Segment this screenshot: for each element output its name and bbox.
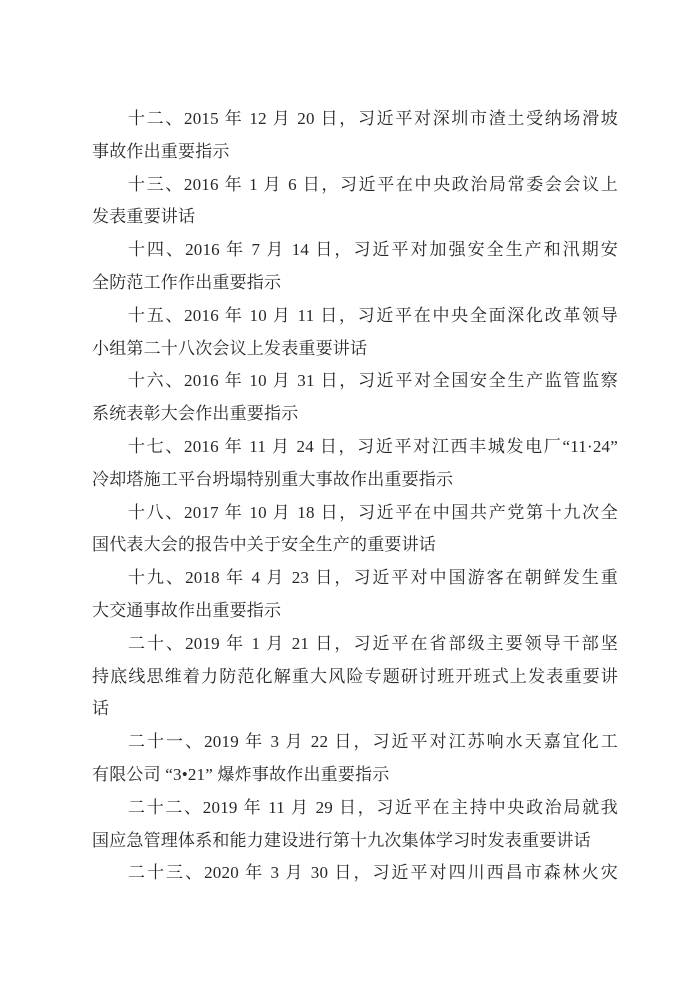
document-entry: 十八、2017 年 10 月 18 日，习近平在中国共产党第十九次全 国代表大会… [92, 497, 618, 563]
text-line: 十九、2018 年 4 月 23 日，习近平对中国游客在朝鲜发生重 [92, 562, 618, 595]
text-line: 发表重要讲话 [92, 201, 618, 234]
text-line: 有限公司 “3•21” 爆炸事故作出重要指示 [92, 759, 618, 792]
text-line: 冷却塔施工平台坍塌特别重大事故作出重要指示 [92, 464, 618, 497]
document-content: 十二、2015 年 12 月 20 日，习近平对深圳市渣土受纳场滑坡 事故作出重… [92, 103, 618, 890]
text-line: 话 [92, 693, 618, 726]
text-line: 十四、2016 年 7 月 14 日，习近平对加强安全生产和汛期安 [92, 234, 618, 267]
document-entry: 十三、2016 年 1 月 6 日，习近平在中央政治局常委会会议上 发表重要讲话 [92, 169, 618, 235]
text-line: 十五、2016 年 10 月 11 日，习近平在中央全面深化改革领导 [92, 300, 618, 333]
document-entry: 二十三、2020 年 3 月 30 日，习近平对四川西昌市森林火灾 [92, 857, 618, 890]
document-entry: 二十、2019 年 1 月 21 日，习近平在省部级主要领导干部坚 持底线思维着… [92, 628, 618, 726]
text-line: 二十二、2019 年 11 月 29 日，习近平在主持中央政治局就我 [92, 792, 618, 825]
text-line: 二十三、2020 年 3 月 30 日，习近平对四川西昌市森林火灾 [92, 857, 618, 890]
document-entry: 十五、2016 年 10 月 11 日，习近平在中央全面深化改革领导 小组第二十… [92, 300, 618, 366]
text-line: 全防范工作作出重要指示 [92, 267, 618, 300]
text-line: 二十、2019 年 1 月 21 日，习近平在省部级主要领导干部坚 [92, 628, 618, 661]
document-entry: 十九、2018 年 4 月 23 日，习近平对中国游客在朝鲜发生重 大交通事故作… [92, 562, 618, 628]
text-line: 大交通事故作出重要指示 [92, 595, 618, 628]
text-line: 十七、2016 年 11 月 24 日，习近平对江西丰城发电厂“11·24” [92, 431, 618, 464]
document-page: 十二、2015 年 12 月 20 日，习近平对深圳市渣土受纳场滑坡 事故作出重… [0, 0, 700, 989]
document-entry: 十六、2016 年 10 月 31 日，习近平对全国安全生产监管监察 系统表彰大… [92, 365, 618, 431]
text-line: 国代表大会的报告中关于安全生产的重要讲话 [92, 529, 618, 562]
document-entry: 十二、2015 年 12 月 20 日，习近平对深圳市渣土受纳场滑坡 事故作出重… [92, 103, 618, 169]
text-line: 十三、2016 年 1 月 6 日，习近平在中央政治局常委会会议上 [92, 169, 618, 202]
text-line: 小组第二十八次会议上发表重要讲话 [92, 333, 618, 366]
text-line: 十六、2016 年 10 月 31 日，习近平对全国安全生产监管监察 [92, 365, 618, 398]
text-line: 十八、2017 年 10 月 18 日，习近平在中国共产党第十九次全 [92, 497, 618, 530]
text-line: 十二、2015 年 12 月 20 日，习近平对深圳市渣土受纳场滑坡 [92, 103, 618, 136]
document-entry: 十四、2016 年 7 月 14 日，习近平对加强安全生产和汛期安 全防范工作作… [92, 234, 618, 300]
text-line: 系统表彰大会作出重要指示 [92, 398, 618, 431]
document-entry: 二十二、2019 年 11 月 29 日，习近平在主持中央政治局就我 国应急管理… [92, 792, 618, 858]
text-line: 国应急管理体系和能力建设进行第十九次集体学习时发表重要讲话 [92, 825, 618, 858]
text-line: 持底线思维着力防范化解重大风险专题研讨班开班式上发表重要讲 [92, 661, 618, 694]
text-line: 二十一、2019 年 3 月 22 日，习近平对江苏响水天嘉宜化工 [92, 726, 618, 759]
document-entry: 二十一、2019 年 3 月 22 日，习近平对江苏响水天嘉宜化工 有限公司 “… [92, 726, 618, 792]
text-line: 事故作出重要指示 [92, 136, 618, 169]
document-entry: 十七、2016 年 11 月 24 日，习近平对江西丰城发电厂“11·24” 冷… [92, 431, 618, 497]
